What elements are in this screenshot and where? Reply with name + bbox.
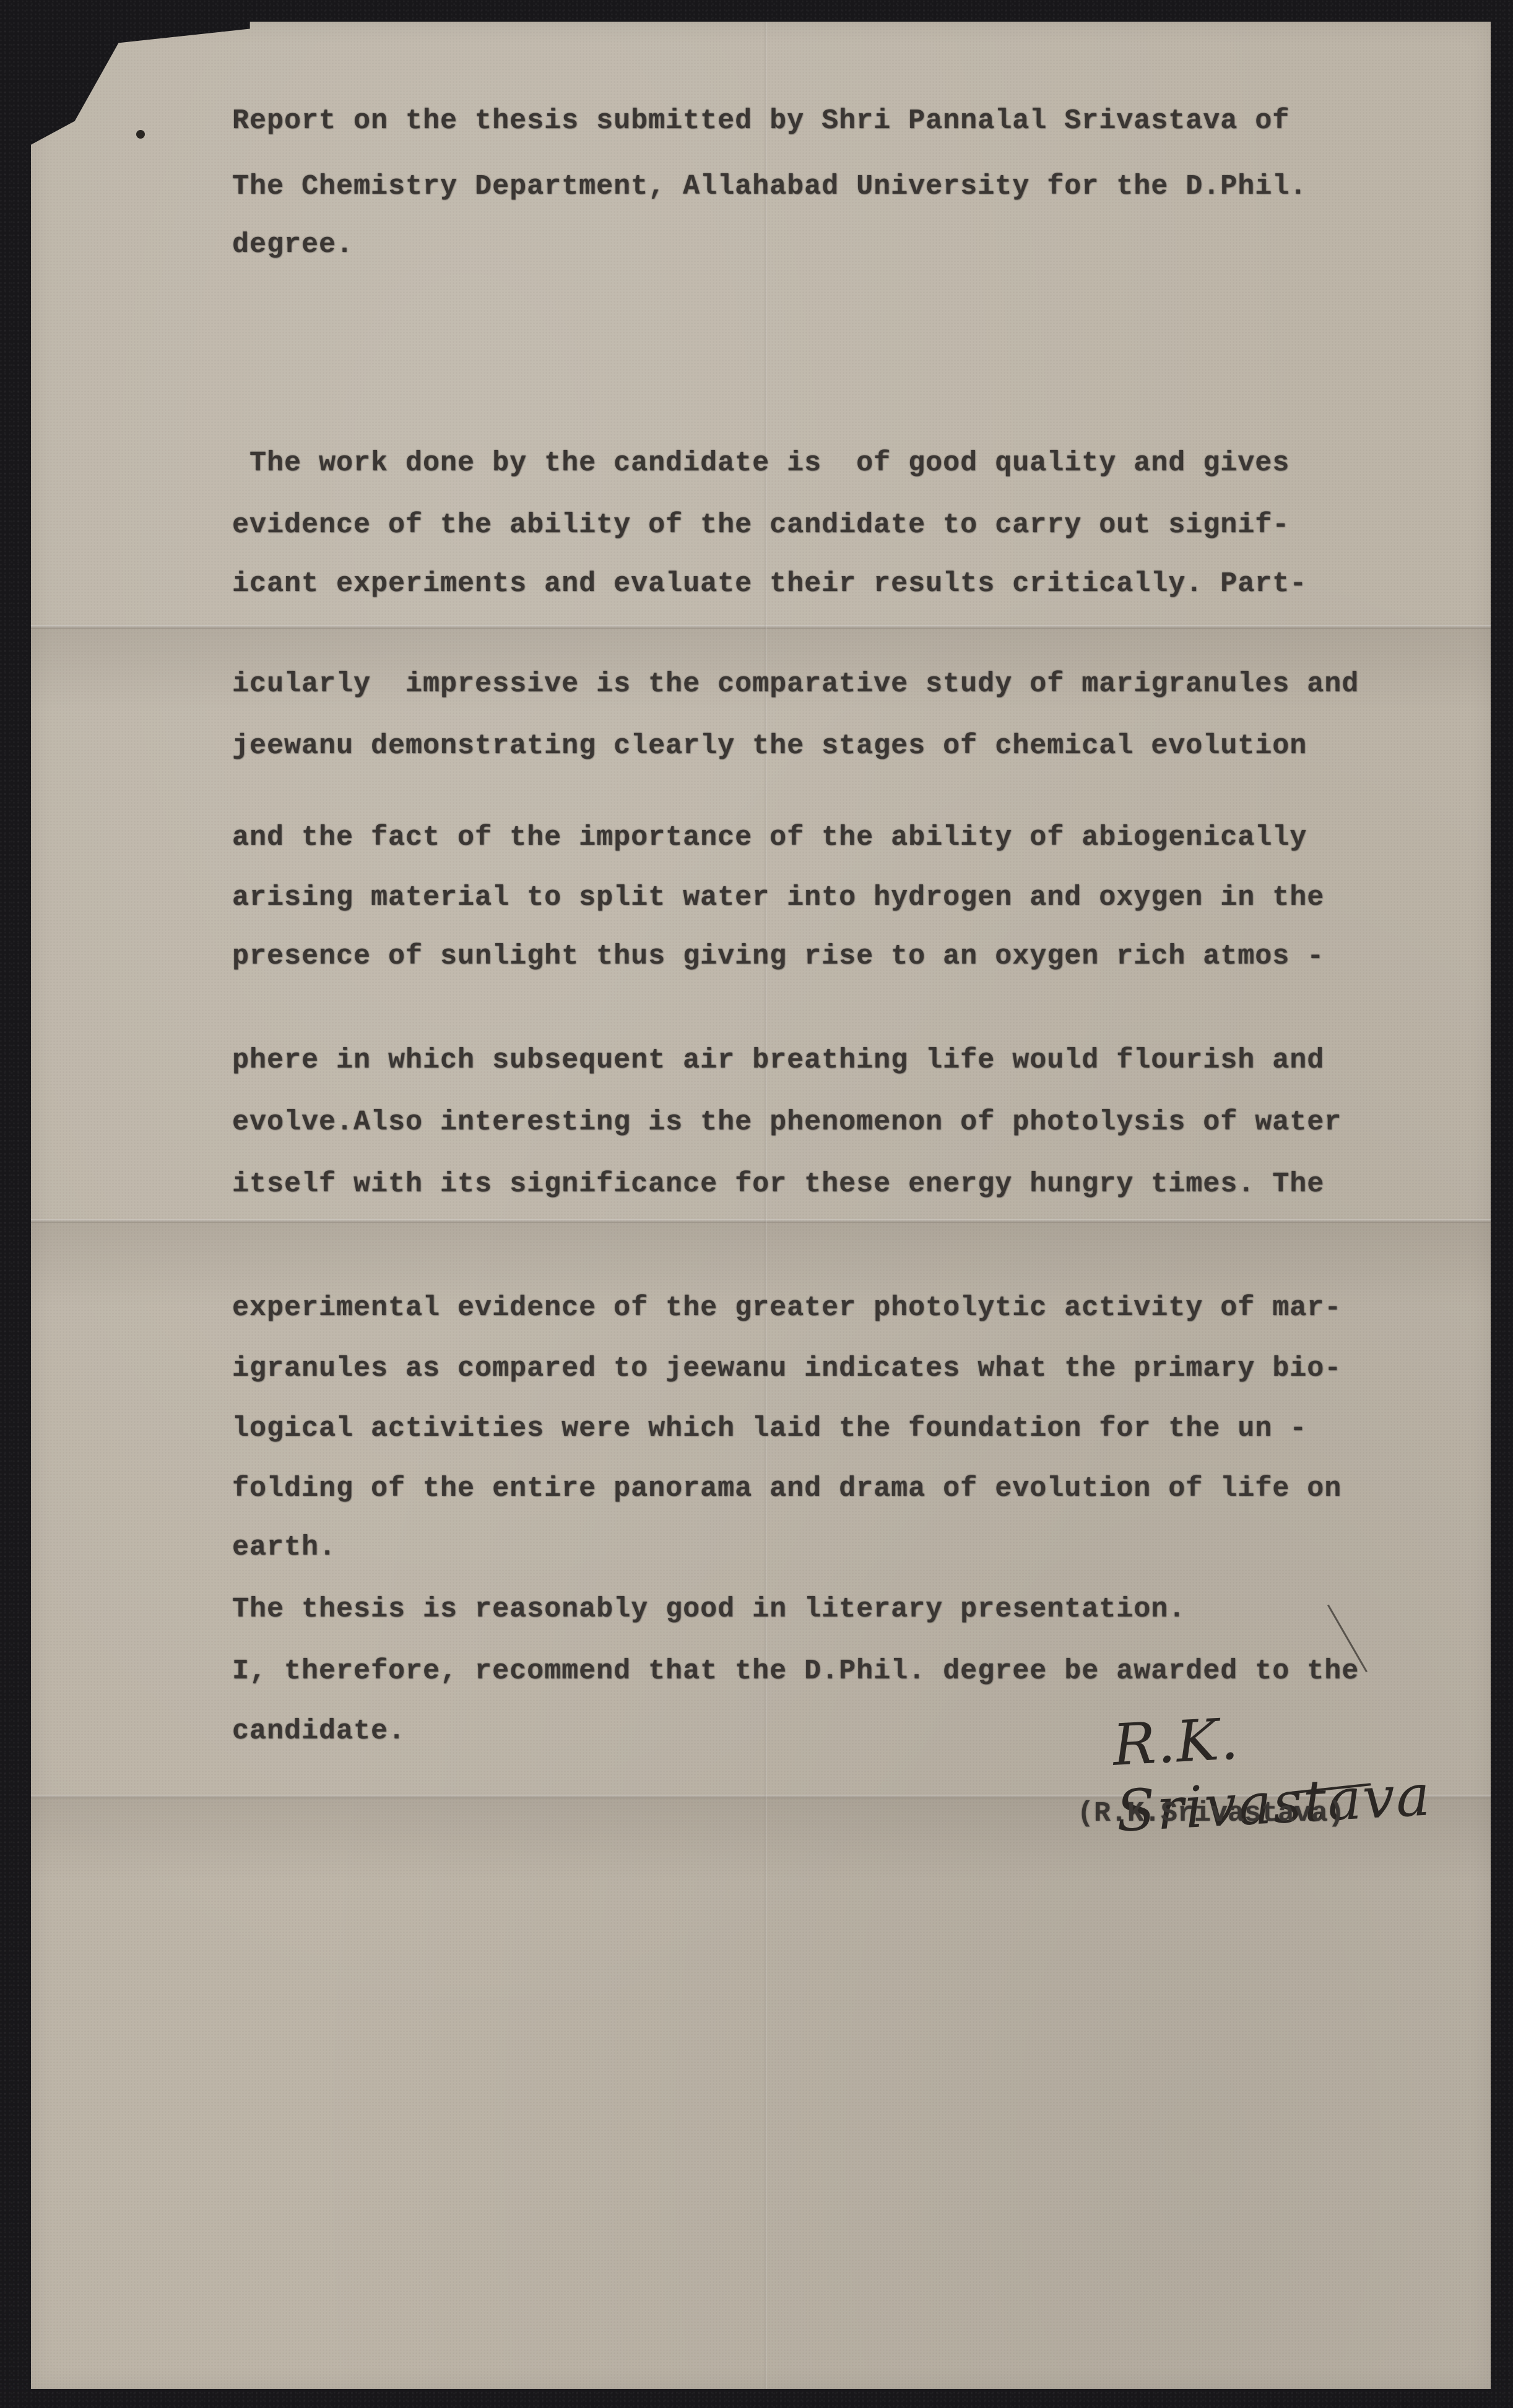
body-line: and the fact of the importance of the ab… bbox=[232, 822, 1307, 853]
body-line: logical activities were which laid the f… bbox=[232, 1413, 1307, 1444]
body-line: arising material to split water into hyd… bbox=[232, 882, 1324, 913]
typed-signatory-name: (R.K.Srivastava) bbox=[1077, 1798, 1345, 1829]
heading-line: Report on the thesis submitted by Shri P… bbox=[232, 105, 1290, 137]
heading-line: The Chemistry Department, Allahabad Univ… bbox=[232, 171, 1307, 202]
body-line: icularly impressive is the comparative s… bbox=[232, 668, 1359, 700]
body-line: experimental evidence of the greater pho… bbox=[232, 1292, 1342, 1324]
body-line: igranules as compared to jeewanu indicat… bbox=[232, 1353, 1342, 1384]
body-line: phere in which subsequent air breathing … bbox=[232, 1045, 1324, 1076]
body-line: evidence of the ability of the candidate… bbox=[232, 509, 1290, 541]
vertical-fold bbox=[765, 22, 767, 2389]
horizontal-fold bbox=[31, 625, 1491, 629]
body-line: itself with its significance for these e… bbox=[232, 1168, 1324, 1200]
heading-line: degree. bbox=[232, 229, 353, 261]
pin-hole bbox=[136, 130, 145, 139]
body-line: folding of the entire panorama and drama… bbox=[232, 1473, 1342, 1504]
body-line: candidate. bbox=[232, 1715, 405, 1747]
body-line: evolve.Also interesting is the phenomeno… bbox=[232, 1107, 1342, 1138]
body-line: The thesis is reasonably good in literar… bbox=[232, 1594, 1186, 1625]
body-line: icant experiments and evaluate their res… bbox=[232, 568, 1307, 600]
body-line: earth. bbox=[232, 1532, 336, 1563]
document-paper bbox=[31, 22, 1491, 2389]
body-line: presence of sunlight thus giving rise to… bbox=[232, 941, 1324, 972]
horizontal-fold bbox=[31, 1219, 1491, 1223]
body-line: jeewanu demonstrating clearly the stages… bbox=[232, 730, 1307, 762]
body-line: I, therefore, recommend that the D.Phil.… bbox=[232, 1655, 1359, 1687]
body-line: The work done by the candidate is of goo… bbox=[232, 447, 1290, 479]
